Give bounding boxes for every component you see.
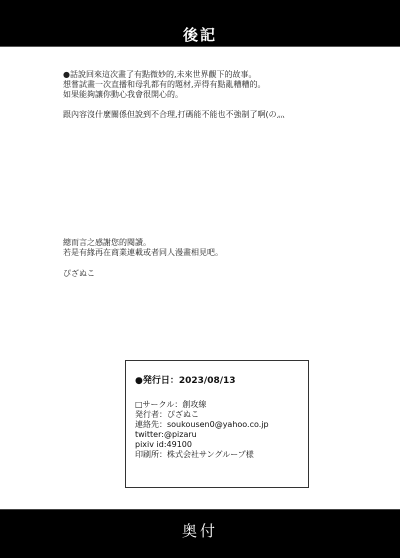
afterword-line: 跟內容沒什麼關係但說到不合理,打碼能不能也不強制了啊(の灬: [63, 110, 343, 120]
author-signature: ぴざぬこ: [63, 268, 95, 279]
afterword-text: ●話說回來這次畫了有點微妙的,未來世界觀下的故事。 想嘗試畫一次直播和母乳都有的…: [63, 70, 343, 120]
footer-title-colophon: 奥付: [0, 520, 400, 541]
circle-name: □サークル：創攻線: [135, 400, 269, 410]
colophon-box: ●発行日：2023/08/13 □サークル：創攻線 発行者：ぴざぬこ 連絡先：s…: [125, 360, 309, 488]
colophon-details: □サークル：創攻線 発行者：ぴざぬこ 連絡先：soukousen0@yahoo.…: [135, 400, 269, 460]
closing-line: 總而言之感謝您的閱讀。: [63, 238, 343, 248]
footer-bar: 奥付: [0, 509, 400, 558]
publisher-name: 発行者：ぴざぬこ: [135, 410, 269, 420]
printer-name: 印刷所：株式会社サングループ様: [135, 450, 269, 460]
afterword-line: ●話說回來這次畫了有點微妙的,未來世界觀下的故事。: [63, 70, 343, 80]
release-date: ●発行日：2023/08/13: [135, 373, 236, 386]
afterword-line: 想嘗試畫一次直播和母乳都有的題材,弄得有點亂糟糟的。: [63, 80, 343, 90]
contact-email: 連絡先：soukousen0@yahoo.co.jp: [135, 420, 269, 430]
closing-line: 若是有緣再在商業連載或者同人漫畫相見吧。: [63, 248, 343, 258]
afterword-line: 如果能夠讓你動心我會很開心的。: [63, 90, 343, 100]
closing-text: 總而言之感謝您的閱讀。 若是有緣再在商業連載或者同人漫畫相見吧。: [63, 238, 343, 258]
twitter-handle: twitter:@pizaru: [135, 430, 269, 440]
paragraph-gap: [63, 100, 343, 110]
page-title-afterword: 後記: [0, 24, 400, 45]
pixiv-id: pixiv id:49100: [135, 440, 269, 450]
header-bar: 後記: [0, 0, 400, 47]
